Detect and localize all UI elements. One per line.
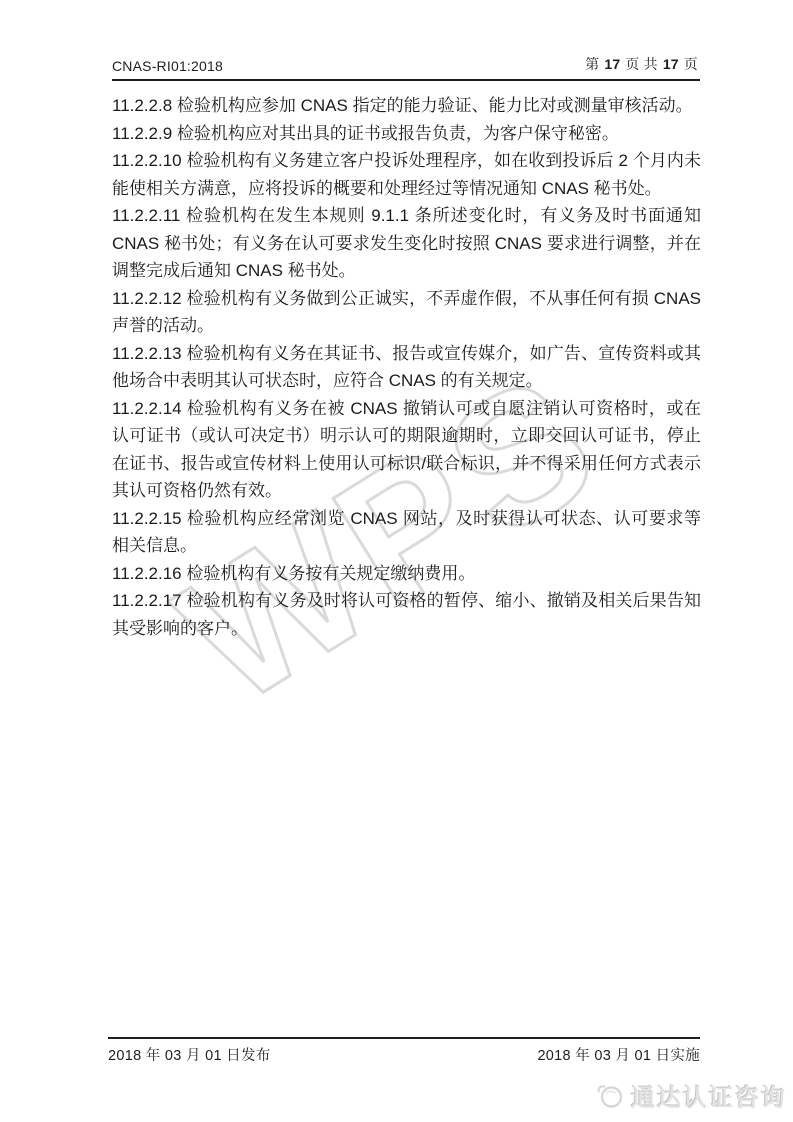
clause-11-2-2-15: 11.2.2.15 检验机构应经常浏览 CNAS 网站，及时获得认可状态、认可要… <box>112 505 701 560</box>
page-indicator-middle: 页 共 <box>625 56 658 72</box>
clause-11-2-2-12: 11.2.2.12 检验机构有义务做到公正诚实，不弄虚作假，不从事任何有损 CN… <box>112 285 701 340</box>
page-indicator-prefix: 第 <box>585 56 599 72</box>
page-footer: 2018 年 03 月 01 日发布 2018 年 03 月 01 日实施 <box>108 1037 700 1065</box>
clause-11-2-2-13: 11.2.2.13 检验机构有义务在其证书、报告或宣传媒介，如广告、宣传资料或其… <box>112 340 701 395</box>
clause-11-2-2-17: 11.2.2.17 检验机构有义务及时将认可资格的暂停、缩小、撤销及相关后果告知… <box>112 587 701 642</box>
clause-11-2-2-14: 11.2.2.14 检验机构有义务在被 CNAS 撤销认可或自愿注销认可资格时，… <box>112 395 701 505</box>
brand-logo: 通达认证咨询 <box>594 1078 787 1113</box>
implement-date: 2018 年 03 月 01 日实施 <box>537 1044 700 1065</box>
release-date: 2018 年 03 月 01 日发布 <box>108 1044 271 1065</box>
current-page-number: 17 <box>604 56 620 72</box>
clause-11-2-2-8: 11.2.2.8 检验机构应参加 CNAS 指定的能力验证、能力比对或测量审核活… <box>112 92 701 120</box>
page-indicator-suffix: 页 <box>684 56 698 72</box>
brand-bird-icon <box>594 1081 626 1111</box>
clause-11-2-2-9: 11.2.2.9 检验机构应对其出具的证书或报告负责，为客户保守秘密。 <box>112 120 701 148</box>
total-page-number: 17 <box>663 56 679 72</box>
clause-11-2-2-10: 11.2.2.10 检验机构有义务建立客户投诉处理程序，如在收到投诉后 2 个月… <box>112 147 701 202</box>
document-body: 11.2.2.8 检验机构应参加 CNAS 指定的能力验证、能力比对或测量审核活… <box>112 92 701 642</box>
clause-11-2-2-11: 11.2.2.11 检验机构在发生本规则 9.1.1 条所述变化时，有义务及时书… <box>112 202 701 285</box>
document-code: CNAS-RI01:2018 <box>112 58 223 74</box>
clause-11-2-2-16: 11.2.2.16 检验机构有义务按有关规定缴纳费用。 <box>112 560 701 588</box>
page-header: CNAS-RI01:2018 第17页 共17页 <box>112 54 700 81</box>
document-page: WPS CNAS-RI01:2018 第17页 共17页 11.2.2.8 检验… <box>0 0 793 1122</box>
brand-name: 通达认证咨询 <box>631 1078 787 1113</box>
page-indicator: 第17页 共17页 <box>583 54 700 74</box>
